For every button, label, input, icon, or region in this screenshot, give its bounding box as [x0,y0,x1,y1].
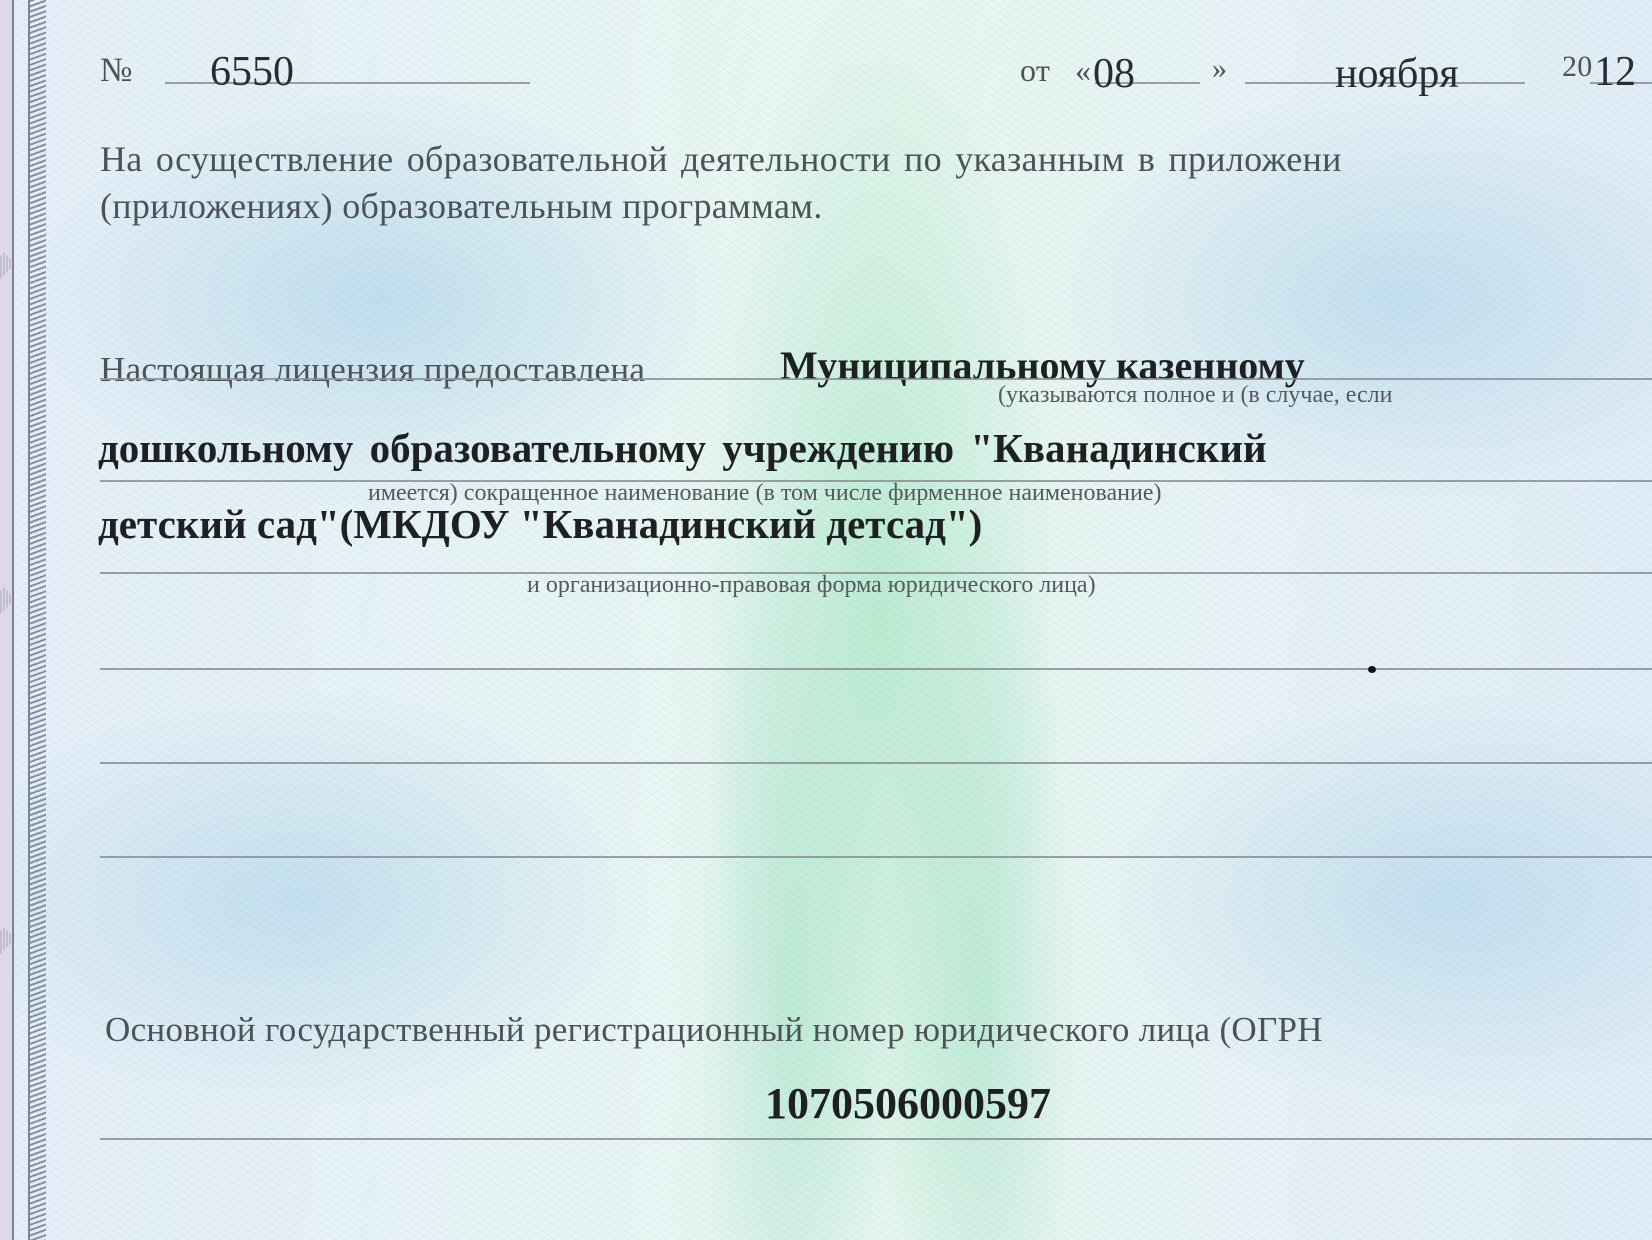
license-number: 6550 [210,48,294,96]
quote-open: « [1075,52,1091,89]
blank-rule-3 [100,856,1652,858]
ogrn-label: Основной государственный регистрационный… [105,1010,1323,1050]
licensee-rule-1 [100,378,1652,380]
year-suffix: 12 [1594,48,1636,96]
quote-close: » [1212,52,1227,86]
ogrn-rule [100,1138,1652,1140]
border-rope [30,0,46,1240]
granted-label: Настоящая лицензия предоставлена [100,350,645,390]
licensee-name-line-2: дошкольному образовательному учреждению … [98,424,1267,472]
date-prefix: от [1020,52,1050,89]
licensee-name-line-3: детский сад"(МКДОУ "Кванадинский детсад"… [98,500,982,548]
date-month: ноября [1335,50,1459,98]
blank-rule-2 [100,762,1652,764]
ogrn-value: 1070506000597 [765,1078,1051,1129]
number-sign: № [100,52,133,90]
blank-rule-1 [100,668,1652,670]
ink-spot [1368,666,1376,673]
caption-line-3: и организационно-правовая форма юридичес… [527,572,1096,599]
purpose-line-2: (приложениях) образовательным программам… [100,185,823,227]
border-line [12,0,14,1240]
purpose-line-1: На осуществление образовательной деятель… [100,138,1342,180]
caption-line-1: (указываются полное и (в случае, если [998,382,1393,409]
border-strip [0,0,12,1240]
decorative-border [0,0,52,1240]
license-document: № 6550 от « 08 » ноября 20 12 На осущест… [0,0,1652,1240]
year-prefix: 20 [1562,50,1593,84]
date-day: 08 [1093,50,1135,98]
